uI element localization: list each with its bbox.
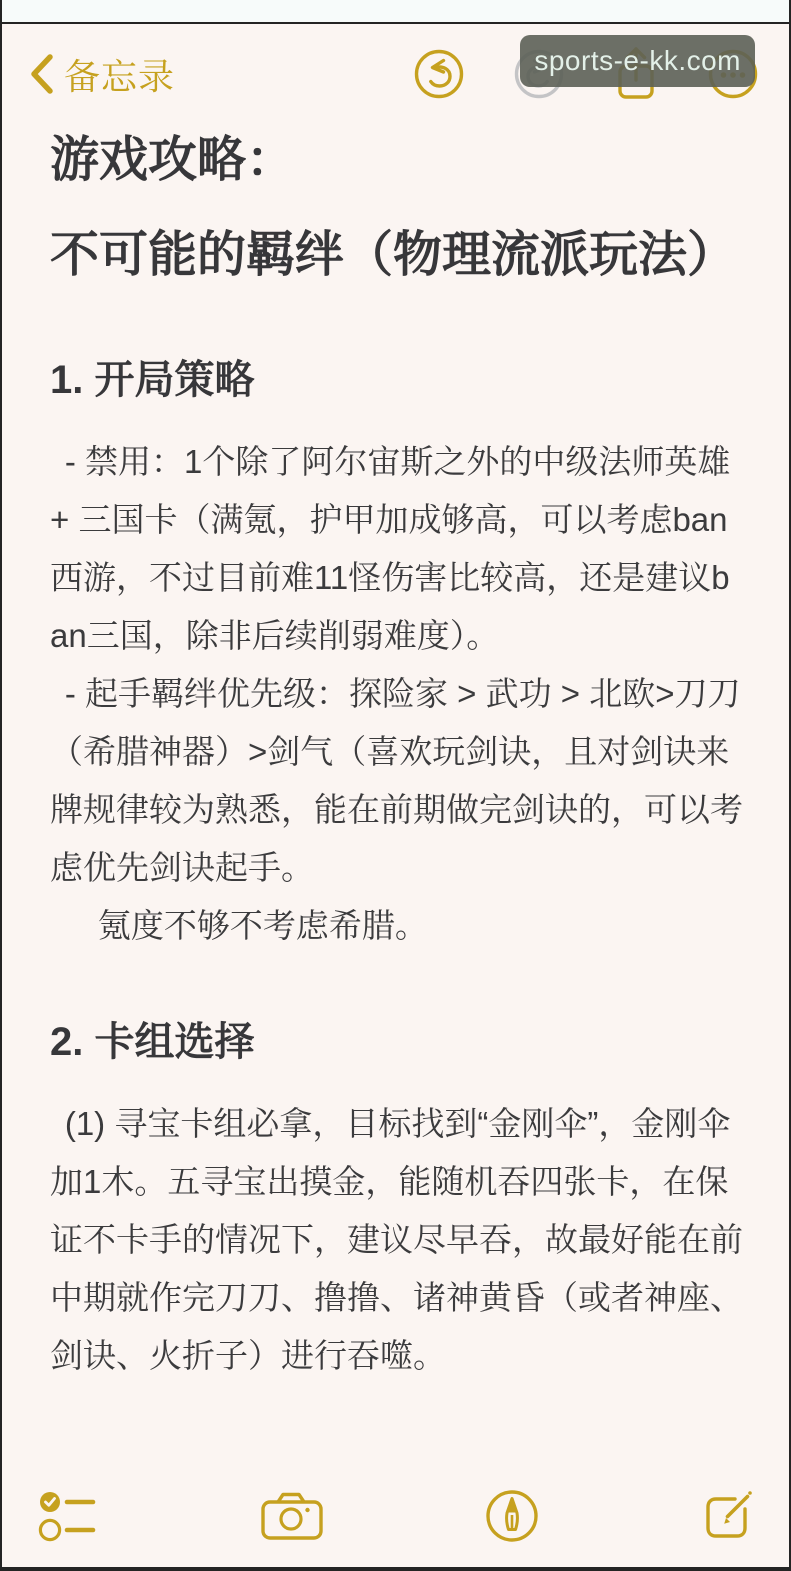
share-icon	[613, 91, 659, 106]
note-paragraph: (1) 寻宝卡组必拿，目标找到“金刚伞”，金刚伞加1木。五寻宝出摸金，能随机吞四…	[50, 1095, 743, 1385]
undo-button[interactable]	[413, 48, 465, 100]
note-content[interactable]: 游戏攻略： 不可能的羁绊（物理流派玩法） 1. 开局策略- 禁用：1个除了阿尔宙…	[2, 108, 789, 1473]
back-button[interactable]: 备忘录	[28, 49, 175, 100]
screenshot-stage: 备忘录	[0, 0, 791, 1571]
undo-icon	[413, 88, 465, 103]
camera-button[interactable]	[259, 1490, 325, 1542]
note-sections: 1. 开局策略- 禁用：1个除了阿尔宙斯之外的中级法师英雄 + 三国卡（满氪，护…	[50, 355, 743, 1385]
section-heading-1: 1. 开局策略	[50, 355, 743, 405]
notes-app-window: 备忘录	[2, 22, 789, 1571]
markup-button[interactable]	[484, 1488, 540, 1544]
watermark-badge: sports-e-kk.com	[520, 35, 755, 87]
camera-icon	[259, 1530, 325, 1545]
markup-pen-icon	[484, 1532, 540, 1547]
ellipsis-icon	[707, 88, 759, 103]
back-button-label: 备忘录	[64, 49, 175, 100]
note-paragraph: - 起手羁绊优先级：探险家 > 武功 > 北欧>刀刀（希腊神器）>剑气（喜欢玩剑…	[50, 665, 743, 897]
back-chevron-icon	[28, 53, 54, 95]
redo-icon	[513, 88, 565, 103]
bottom-toolbar	[2, 1473, 789, 1567]
note-paragraph: 氪度不够不考虑希腊。	[50, 897, 743, 955]
note-title-line-1: 游戏攻略：	[50, 122, 743, 198]
checklist-button[interactable]	[38, 1488, 100, 1544]
section-heading-2: 2. 卡组选择	[50, 1017, 743, 1067]
compose-icon	[699, 1533, 757, 1548]
note-title-line-2: 不可能的羁绊（物理流派玩法）	[50, 217, 743, 293]
checklist-icon	[38, 1532, 100, 1547]
compose-button[interactable]	[699, 1487, 757, 1545]
note-paragraph: - 禁用：1个除了阿尔宙斯之外的中级法师英雄 + 三国卡（满氪，护甲加成够高，可…	[50, 433, 743, 665]
nav-bar: 备忘录	[2, 24, 789, 108]
